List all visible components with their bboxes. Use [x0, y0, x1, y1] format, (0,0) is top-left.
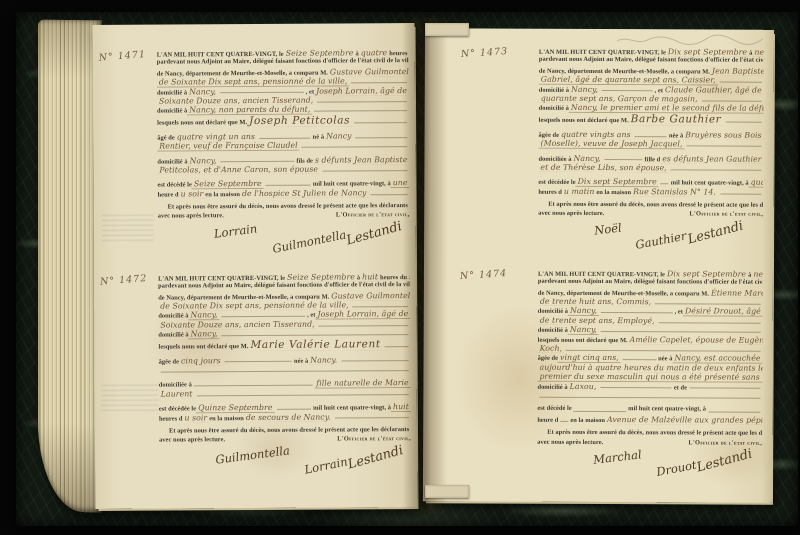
handwritten-text: Amélie Capelet, épouse de Eugène: [628, 335, 763, 345]
officer-label: L'Officier de l'état civil,: [689, 211, 763, 218]
rule-line: [708, 412, 760, 413]
officer-label: L'Officier de l'état civil,: [337, 435, 411, 442]
handwritten-text: Joseph Petitcolas: [247, 114, 352, 127]
act-number: N° 1473: [461, 46, 509, 60]
rule-line: [385, 346, 409, 347]
form-line: avec nous après lecture.L'Officier de l'…: [538, 210, 763, 220]
printed-text: mil huit cent quatre-vingt, à: [671, 180, 749, 187]
form-line: Laurent: [159, 388, 411, 399]
rule-line: [605, 159, 643, 160]
binding-tape-bottom: [425, 485, 469, 498]
rule-line: [539, 397, 760, 399]
printed-text: L'AN MIL HUIT CENT QUATRE-VINGT, le: [539, 49, 666, 57]
handwritten-text: u soir: [182, 413, 209, 423]
rule-line: [602, 90, 653, 91]
rule-line: [259, 137, 311, 138]
rule-line: [225, 361, 292, 362]
handwritten-text: Désiré Drouot, âgé: [683, 307, 763, 317]
handwritten-text: Nancy, est accouchée: [672, 354, 762, 364]
rule-line: [560, 420, 568, 421]
handwritten-text: une: [391, 178, 410, 188]
handwritten-text: cinq jours: [179, 356, 223, 366]
spacer: [225, 441, 337, 442]
handwritten-text: Petitcolas, et d'Anne Caron, son épouse: [157, 165, 320, 175]
handwritten-text: Jean Baptiste Noël: [710, 66, 764, 76]
handwritten-text: (Moselle), veuve de Joseph Jacquel,: [539, 139, 685, 149]
officer-label: L'Officier de l'état civil,: [688, 439, 762, 446]
rule-line: [601, 331, 761, 333]
handwritten-text: Gabriel, âgé de quarante sept ans, Caiss…: [539, 75, 718, 85]
rule-line: [655, 303, 761, 304]
printed-text: domicilié à: [538, 308, 568, 315]
form-line: lesquels nous ont déclaré que M. Barbe G…: [539, 112, 764, 125]
handwritten-text: Bruyères sous Bois: [683, 130, 763, 140]
printed-text: lesquels nous ont déclaré que M.: [539, 116, 629, 123]
rule-line: [635, 136, 667, 137]
rule-line: [317, 101, 407, 103]
printed-text: en la maison: [570, 417, 605, 424]
rule-line: [351, 82, 407, 83]
rule-line: [702, 100, 762, 101]
form-line: heure du soir en la maison de l'hospice …: [158, 188, 410, 199]
death-act-1472: N° 1472 L'AN MIL HUIT CENT QUATRE-VINGT,…: [158, 271, 411, 480]
handwritten-text: quatre: [749, 178, 764, 187]
printed-text: domicilié à: [158, 313, 188, 320]
handwritten-text: de secours de Nancy.: [244, 412, 333, 422]
rule-line: [196, 394, 408, 396]
printed-text: âgée de: [159, 358, 179, 365]
printed-text: née à: [669, 132, 683, 139]
rule-line: [356, 137, 408, 138]
rule-line: [161, 370, 409, 373]
signatures: NoëlGauthierLestandi: [568, 222, 759, 255]
printed-text: pardevant nous Adjoint au Maire, délégué…: [538, 278, 763, 286]
act-body: L'AN MIL HUIT CENT QUATRE-VINGT, le Dix …: [537, 268, 763, 449]
handwritten-text: fille naturelle de Marie: [314, 378, 411, 389]
printed-text: mil huit cent quatre-vingt, à: [628, 405, 706, 412]
handwritten-text: Joseph Lorrain, âgé de: [314, 86, 409, 97]
handwritten-text: Nancy,: [188, 311, 219, 321]
printed-text: heure d: [158, 191, 179, 198]
handwritten-text: Laxou,: [568, 381, 599, 391]
rule-line: [314, 110, 407, 112]
handwritten-text: neuf: [751, 270, 763, 279]
right-page: N° 1473 L'AN MIL HUIT CENT QUATRE-VINGT,…: [423, 28, 774, 503]
rule-line: [370, 194, 407, 195]
form-line: Petitcolas, et d'Anne Caron, son épouse: [157, 164, 409, 175]
printed-text: lesquels nous ont déclaré que M.: [157, 119, 247, 127]
printed-text: L'AN MIL HUIT CENT QUATRE-VINGT, le: [538, 271, 665, 279]
form-line: domicilié à Nancy, le premier ami et le …: [539, 103, 764, 113]
printed-text: Et après nous être assuré du décès, nous…: [169, 426, 411, 434]
photographed-register: N° 1471 L'AN MIL HUIT CENT QUATRE-VINGT,…: [0, 0, 800, 535]
handwritten-text: Marie Valérie Laurent: [248, 338, 382, 351]
printed-text: né à: [313, 133, 324, 140]
printed-text: , et: [307, 312, 315, 319]
handwritten-text: s défunts Jean Baptiste: [313, 155, 409, 166]
handwritten-text: Claude Gauthier, âgé de: [663, 85, 764, 95]
signatures: MarchalDrouotLestandi: [567, 450, 758, 483]
printed-text: âgée de: [538, 355, 558, 362]
signature: Lestandi: [347, 443, 406, 473]
printed-text: est décédé le: [157, 182, 191, 189]
handwritten-text: u matin: [562, 187, 597, 197]
printed-text: avec nous après lecture.: [538, 210, 604, 217]
printed-text: domiciliée à: [159, 382, 192, 389]
act-number: N° 1472: [100, 273, 148, 288]
form-line: avec nous après lecture.L'Officier de l'…: [537, 438, 762, 448]
printed-text: avec nous après lecture.: [158, 213, 224, 220]
rule-line: [220, 92, 304, 94]
printed-text: domicilié à: [539, 86, 569, 93]
act-body: L'AN MIL HUIT CENT QUATRE-VINGT, le Seiz…: [158, 271, 411, 446]
rule-line: [720, 193, 761, 194]
printed-text: née à: [294, 357, 308, 364]
handwritten-text: Rue Stanislas N° 14.: [631, 187, 718, 197]
printed-text: heures d: [159, 415, 183, 422]
printed-text: heures du: [380, 274, 407, 281]
left-page: N° 1471 L'AN MIL HUIT CENT QUATRE-VINGT,…: [93, 23, 418, 509]
printed-text: Et après nous être assuré du décès, nous…: [547, 429, 762, 437]
printed-text: avec nous après lecture.: [159, 437, 225, 444]
printed-text: mil huit cent quatre-vingt, à: [313, 180, 391, 187]
handwritten-text: u soir: [179, 189, 206, 199]
handwritten-text: es défunts Jean Gauthier: [660, 154, 763, 164]
printed-text: lesquels nous ont déclaré que M.: [538, 336, 628, 343]
signature: Lestandi: [695, 446, 754, 475]
signatures: LorrainGuilmontellaLestandi: [188, 223, 406, 256]
handwritten-text: Nancy.: [308, 355, 339, 365]
printed-text: domicilié à: [158, 332, 188, 339]
rule-line: [266, 185, 311, 186]
printed-text: heures d: [538, 188, 562, 195]
printed-text: domicilié à: [539, 105, 569, 112]
signature: Marchal: [593, 447, 643, 467]
handwritten-text: Nancy,: [187, 87, 218, 97]
printed-text: en la maison: [205, 191, 240, 198]
printed-text: fils de: [296, 157, 313, 164]
printed-text: Et après nous être assuré du décès, nous…: [548, 201, 763, 209]
printed-text: en la maison: [596, 189, 631, 196]
rule-line: [222, 334, 409, 336]
printed-text: âgé de: [157, 134, 175, 141]
printed-text: domicilié à: [537, 383, 567, 390]
form-line: heures du soir en la maison de secours d…: [159, 412, 411, 423]
printed-text: fille d: [644, 156, 660, 163]
act-body: L'AN MIL HUIT CENT QUATRE-VINGT, le Dix …: [538, 46, 764, 221]
form-line: [159, 364, 411, 375]
printed-text: est décédée le: [159, 406, 196, 413]
signature: Lorrain: [213, 221, 258, 240]
printed-text: Et après nous être assuré du décès, nous…: [168, 202, 410, 210]
death-act-1474: N° 1474 L'AN MIL HUIT CENT QUATRE-VINGT,…: [537, 268, 763, 483]
handwritten-text: et de Thérèse Libs, son épouse,: [538, 163, 668, 173]
form-line: lesquels nous ont déclaré que M. Marie V…: [158, 338, 410, 352]
rule-line: [566, 350, 761, 352]
printed-text: avec nous après lecture.: [537, 438, 603, 445]
form-line: [537, 391, 762, 401]
signature: Lorrain: [303, 454, 348, 476]
rule-line: [623, 359, 656, 360]
rule-line: [601, 312, 673, 313]
signature: Lestandi: [345, 219, 404, 249]
printed-text: , et: [675, 309, 683, 316]
handwritten-text: neuf: [752, 48, 764, 57]
printed-text: mil huit cent quatre-vingt, à: [313, 404, 391, 411]
printed-text: domicilié à: [157, 89, 187, 96]
rule-line: [322, 170, 407, 172]
handwritten-text: huit: [391, 402, 411, 412]
rule-line: [725, 122, 761, 123]
signature: Guilmontella: [271, 227, 347, 255]
form-line: lesquels nous ont déclaré que M. Amélie …: [538, 334, 763, 344]
printed-text: , et: [655, 87, 663, 94]
handwritten-text: Soixante Douze ans, ancien Tisserand,: [158, 319, 316, 329]
rule-line: [276, 409, 311, 410]
officer-label: L'Officier de l'état civil,: [336, 212, 410, 219]
rule-line: [319, 325, 409, 327]
rule-line: [600, 387, 671, 388]
handwritten-text: Rentier, veuf de Françoise Claudel: [157, 141, 300, 151]
printed-text: pardevant nous Adjoint au Maire, délégué…: [539, 56, 764, 64]
act-number: N° 1471: [98, 49, 146, 64]
form-line: heure d en la maison Avenue de Malzévill…: [537, 414, 762, 424]
ink-showthrough: [102, 215, 154, 241]
printed-text: pardevant nous Adjoint au Maire, délégué…: [157, 57, 409, 66]
form-line: heures du matin en la maison Rue Stanisl…: [538, 186, 763, 196]
rule-line: [574, 411, 626, 412]
printed-text: heure d: [537, 416, 558, 423]
printed-text: domicilié à: [157, 108, 187, 115]
rule-line: [341, 361, 408, 362]
rule-line: [671, 169, 762, 170]
signature: Guilmontella: [215, 443, 291, 466]
handwritten-text: Nancy, le premier ami et le second fils …: [569, 103, 764, 113]
binding-tape-top: [425, 23, 469, 36]
death-act-1473: N° 1473 L'AN MIL HUIT CENT QUATRE-VINGT,…: [538, 46, 764, 255]
printed-text: domiciliée à: [538, 155, 571, 162]
form-line: avec nous après lecture.L'Officier de l'…: [158, 212, 410, 223]
form-line: lesquels nous ont déclaré que M. Joseph …: [157, 114, 409, 128]
rule-line: [222, 316, 306, 318]
handwritten-text: Étienne Marchal, âgé: [709, 288, 763, 298]
form-line: Rentier, veuf de Françoise Claudel: [157, 140, 409, 151]
printed-text: et de: [674, 384, 687, 391]
rule-line: [353, 306, 409, 307]
handwritten-text: Nancy,: [568, 325, 599, 335]
handwritten-text: Dix sept Septembre: [665, 269, 748, 279]
rule-line: [661, 183, 669, 184]
rule-line: [720, 82, 762, 83]
spacer: [224, 217, 336, 218]
handwritten-text: Dix sept Septembre: [666, 47, 749, 57]
rule-line: [194, 385, 312, 387]
printed-text: née à: [658, 356, 672, 363]
act-number: N° 1474: [460, 268, 508, 282]
printed-text: heures du: [389, 50, 409, 57]
form-line: domicilié à Nancy,: [538, 325, 763, 335]
printed-text: est décédé le: [537, 405, 571, 412]
printed-text: en la maison: [209, 415, 244, 422]
rule-line: [659, 322, 761, 323]
printed-text: domicilié à: [157, 158, 187, 165]
signature: Lestandi: [686, 218, 745, 247]
handwritten-text: Avenue de Malzéville aux grandes pépiniè…: [605, 415, 762, 425]
handwritten-text: Joseph Lorrain, âgé de: [315, 309, 410, 320]
form-line: domicilié à Laxou, et de: [537, 381, 762, 391]
handwritten-text: Nancy: [324, 131, 354, 141]
rule-line: [689, 388, 760, 389]
printed-text: est décédée le: [538, 179, 575, 186]
form-line: et de Thérèse Libs, son épouse,: [538, 163, 763, 173]
handwritten-text: Barbe Gauthier: [629, 113, 724, 126]
printed-text: âgée de: [539, 131, 559, 138]
rule-line: [687, 145, 762, 146]
rule-line: [335, 418, 409, 419]
printed-text: lesquels nous ont déclaré que M.: [158, 343, 248, 351]
handwritten-text: Nancy,: [188, 156, 219, 166]
printed-text: domicilié à: [538, 327, 568, 334]
printed-text: pardevant nous Adjoint au Maire, délégué…: [158, 281, 410, 290]
printed-text: , et: [306, 88, 314, 95]
act-body: L'AN MIL HUIT CENT QUATRE-VINGT, le Seiz…: [157, 47, 410, 222]
signatures: GuilmontellaLorrainLestandi: [189, 447, 407, 480]
signature: Gauthier: [635, 228, 688, 251]
handwritten-text: Nancy,: [189, 329, 220, 339]
signature: Drouot: [655, 458, 697, 479]
death-act-1471: N° 1471 L'AN MIL HUIT CENT QUATRE-VINGT,…: [157, 47, 410, 256]
rule-line: [221, 161, 295, 162]
handwritten-text: de l'hospice St Julien de Nancy: [240, 188, 369, 199]
rule-line: [354, 122, 407, 123]
signature: Noël: [593, 220, 622, 237]
rule-line: [302, 146, 408, 148]
ink-showthrough: [101, 385, 159, 415]
form-line: (Moselle), veuve de Joseph Jacquel,: [539, 139, 764, 149]
handwritten-text: Laurent: [159, 389, 195, 399]
